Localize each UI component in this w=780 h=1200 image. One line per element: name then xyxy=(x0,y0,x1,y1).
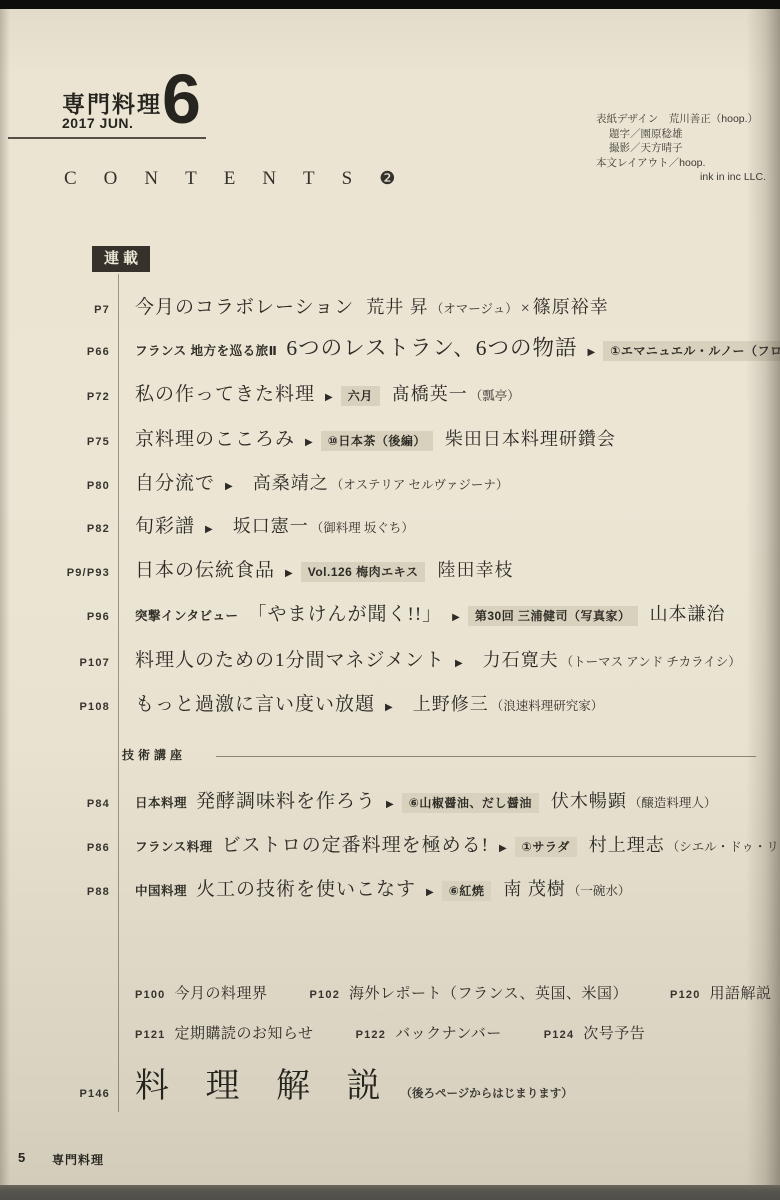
article-author: 伏木暢顕 xyxy=(551,791,627,811)
toc-row-p75: P75京料理のこころみ▶⑩日本茶（後編）柴田日本料理研鑽会 xyxy=(0,424,780,451)
page-number: P100 xyxy=(135,989,166,1001)
article-author: 高桑靖之 xyxy=(253,473,329,493)
article-author: 荒井 昇 xyxy=(366,297,429,317)
toc-row-p82: P82旬彩譜▶坂口憲一（御料理 坂ぐち） xyxy=(0,511,780,538)
page-number: P121 xyxy=(135,1029,166,1041)
article-title: 6つのレストラン、6つの物語 xyxy=(286,336,577,360)
page-number: P84 xyxy=(0,798,110,810)
article-author: 南 茂樹 xyxy=(503,879,566,899)
toc-row-p86: P86フランス料理ビストロの定番料理を極める!▶①サラダ村上理志（シエル・ドゥ・… xyxy=(0,830,780,857)
arrow-icon: ▶ xyxy=(499,843,507,854)
page-number: P122 xyxy=(356,1029,387,1041)
back-title: 用語解説 xyxy=(710,986,772,1002)
arrow-icon: ▶ xyxy=(205,524,213,535)
article-author: 陸田幸枝 xyxy=(437,560,513,580)
photo-bottom-bar xyxy=(0,1185,780,1200)
arrow-icon: ▶ xyxy=(455,658,463,669)
author-note: （オマージュ） xyxy=(431,302,518,316)
toc-row-p80: P80自分流で▶高桑靖之（オステリア セルヴァジーナ） xyxy=(0,468,780,495)
photo-top-bar xyxy=(0,0,780,9)
masthead-rule xyxy=(8,137,206,139)
arrow-icon: ▶ xyxy=(452,612,460,623)
page-number: P75 xyxy=(0,436,110,448)
article-title: もっと過激に言い度い放題 xyxy=(135,694,375,715)
back-title: 海外レポート（フランス、英国、米国） xyxy=(349,986,628,1002)
credit-title-calligraphy: 題字／園原稔雄 xyxy=(596,127,772,142)
article-title: 日本の伝統食品 xyxy=(135,560,275,581)
folio-page-number: 5 xyxy=(18,1150,25,1165)
credit-company: ink in inc LLC. xyxy=(596,170,772,185)
toc-row-p72: P72私の作ってきた料理▶六月髙橋英一（瓢亭） xyxy=(0,379,780,406)
topic-badge: ⑥紅焼 xyxy=(442,881,492,901)
article-author: 山本謙治 xyxy=(650,604,726,624)
arrow-icon: ▶ xyxy=(385,702,393,713)
folio-magazine-name: 専門料理 xyxy=(52,1151,104,1168)
toc-row-p66: P66フランス 地方を巡る旅Ⅱ6つのレストラン、6つの物語▶①エマニュエル・ルノ… xyxy=(0,331,780,362)
article-author: 柴田日本料理研鑽会 xyxy=(445,429,616,449)
topic-badge: ⑩日本茶（後編） xyxy=(321,431,433,451)
page-number: P107 xyxy=(0,657,110,669)
author-note: （一碗水） xyxy=(568,884,631,898)
feature-title: 料 理 解 説 xyxy=(135,1068,395,1105)
topic-badge: ⑥山椒醤油、だし醤油 xyxy=(402,793,539,813)
article-title: 旬彩譜 xyxy=(135,516,195,537)
contents-label: CONTENTS xyxy=(64,168,379,189)
back-title: バックナンバー xyxy=(395,1026,502,1042)
article-title: 料理人のための1分間マネジメント xyxy=(135,650,445,671)
topic-badge: Vol.126 梅肉エキス xyxy=(301,562,426,582)
article-author: 力石寛夫 xyxy=(483,650,559,670)
cuisine-label: 日本料理 xyxy=(135,796,187,810)
article-title: 今月のコラボレーション xyxy=(135,297,354,318)
article-author: 坂口憲一 xyxy=(233,516,309,536)
page-number: P7 xyxy=(0,304,110,316)
back-item: P100今月の料理界 xyxy=(135,985,268,1002)
cuisine-label: 中国料理 xyxy=(135,884,187,898)
toc-row-p84: P84日本料理発酵調味料を作ろう▶⑥山椒醤油、だし醤油伏木暢顕（醸造料理人） xyxy=(0,786,780,813)
issue-date: 2017 JUN. xyxy=(62,115,133,131)
article-author-2: 篠原裕幸 xyxy=(533,297,609,317)
feature-note: （後ろページからはじまります） xyxy=(401,1088,573,1100)
contents-heading: CONTENTS❷ xyxy=(64,168,395,190)
topic-badge: 六月 xyxy=(341,386,380,406)
author-note: （醸造料理人） xyxy=(629,796,717,810)
back-item: P120用語解説 xyxy=(670,985,772,1002)
article-title: 発酵調味料を作ろう xyxy=(196,791,376,812)
course-section-label: 技術講座 xyxy=(122,746,186,763)
page-number: P80 xyxy=(0,480,110,492)
page-number: P82 xyxy=(0,523,110,535)
topic-badge: ①エマニュエル・ルノー（フロコン・ド・セル） xyxy=(603,341,780,361)
issue-number: 6 xyxy=(162,64,201,134)
back-item: P121定期購読のお知らせ xyxy=(135,1025,314,1042)
author-note: （瓢亭） xyxy=(470,389,520,403)
credit-photography: 撮影／天方晴子 xyxy=(596,141,772,156)
credits-block: 表紙デザイン 荒川善正（hoop.） 題字／園原稔雄 撮影／天方晴子 本文レイア… xyxy=(596,112,772,185)
article-author: 髙橋英一 xyxy=(392,384,468,404)
back-row-2: P121定期購読のお知らせP122バックナンバーP124次号予告 xyxy=(0,1022,780,1043)
toc-row-p7: P7今月のコラボレーション荒井 昇（オマージュ）×篠原裕幸 xyxy=(0,292,780,319)
page-number: P86 xyxy=(0,842,110,854)
toc-row-p88: P88中国料理火工の技術を使いこなす▶⑥紅焼南 茂樹（一碗水） xyxy=(0,874,780,901)
article-title: 火工の技術を使いこなす xyxy=(196,879,416,900)
page-number: P96 xyxy=(0,611,110,623)
toc-row-p108: P108もっと過激に言い度い放題▶上野修三（浪速料理研究家） xyxy=(0,689,780,716)
series-lead: 突撃インタビュー xyxy=(135,609,239,623)
article-title: 「やまけんが聞く!!」 xyxy=(248,604,443,625)
arrow-icon: ▶ xyxy=(325,392,333,403)
article-title: 私の作ってきた料理 xyxy=(135,384,315,405)
back-title: 次号予告 xyxy=(583,1026,645,1042)
feature-row-p146: P146料 理 解 説（後ろページからはじまります） xyxy=(0,1058,780,1107)
course-section-rule xyxy=(216,756,756,757)
arrow-icon: ▶ xyxy=(285,568,293,579)
toc-row-p107: P107料理人のための1分間マネジメント▶力石寛夫（トーマス アンド チカライシ… xyxy=(0,645,780,672)
serial-section-label: 連載 xyxy=(92,246,150,272)
page-number: P108 xyxy=(0,701,110,713)
author-note: （トーマス アンド チカライシ） xyxy=(561,655,741,669)
page-number: P72 xyxy=(0,391,110,403)
credit-layout: 本文レイアウト／hoop. xyxy=(596,156,772,171)
toc-row-p93: P9/P93日本の伝統食品▶Vol.126 梅肉エキス陸田幸枝 xyxy=(0,555,780,582)
cuisine-label: フランス料理 xyxy=(135,840,213,854)
author-note: （浪速料理研究家） xyxy=(491,699,604,713)
arrow-icon: ▶ xyxy=(426,887,434,898)
topic-badge: 第30回 三浦健司（写真家） xyxy=(468,606,638,626)
collab-cross: × xyxy=(521,300,530,317)
back-item: P122バックナンバー xyxy=(356,1025,502,1042)
article-title: 自分流で xyxy=(135,473,215,494)
back-row-1: P100今月の料理界P102海外レポート（フランス、英国、米国）P120用語解説 xyxy=(0,982,780,1003)
arrow-icon: ▶ xyxy=(225,481,233,492)
author-note: （オステリア セルヴァジーナ） xyxy=(331,478,509,492)
author-note: （シエル・ドゥ・リヨン） xyxy=(667,840,780,854)
article-title: ビストロの定番料理を極める! xyxy=(222,835,489,856)
page-number: P9/P93 xyxy=(0,567,110,579)
page-number: P102 xyxy=(310,989,341,1001)
arrow-icon: ▶ xyxy=(305,437,313,448)
back-title: 定期購読のお知らせ xyxy=(175,1026,314,1042)
series-lead: フランス 地方を巡る旅Ⅱ xyxy=(135,344,277,358)
topic-badge: ①サラダ xyxy=(515,837,577,857)
page-number: P124 xyxy=(544,1029,575,1041)
contents-part-mark: ❷ xyxy=(379,168,395,188)
back-title: 今月の料理界 xyxy=(175,986,268,1002)
page-number: P120 xyxy=(670,989,701,1001)
author-note: （御料理 坂ぐち） xyxy=(311,521,414,535)
article-author: 上野修三 xyxy=(413,694,489,714)
back-item: P102海外レポート（フランス、英国、米国） xyxy=(310,985,629,1002)
page-number: P146 xyxy=(0,1088,110,1100)
arrow-icon: ▶ xyxy=(386,799,394,810)
page-number: P88 xyxy=(0,886,110,898)
arrow-icon: ▶ xyxy=(587,347,595,358)
toc-row-p96: P96突撃インタビュー「やまけんが聞く!!」▶第30回 三浦健司（写真家）山本謙… xyxy=(0,599,780,626)
credit-cover-design: 表紙デザイン 荒川善正（hoop.） xyxy=(596,112,772,127)
article-author: 村上理志 xyxy=(589,835,665,855)
page-number: P66 xyxy=(0,346,110,358)
article-title: 京料理のこころみ xyxy=(135,429,295,450)
back-item: P124次号予告 xyxy=(544,1025,646,1042)
